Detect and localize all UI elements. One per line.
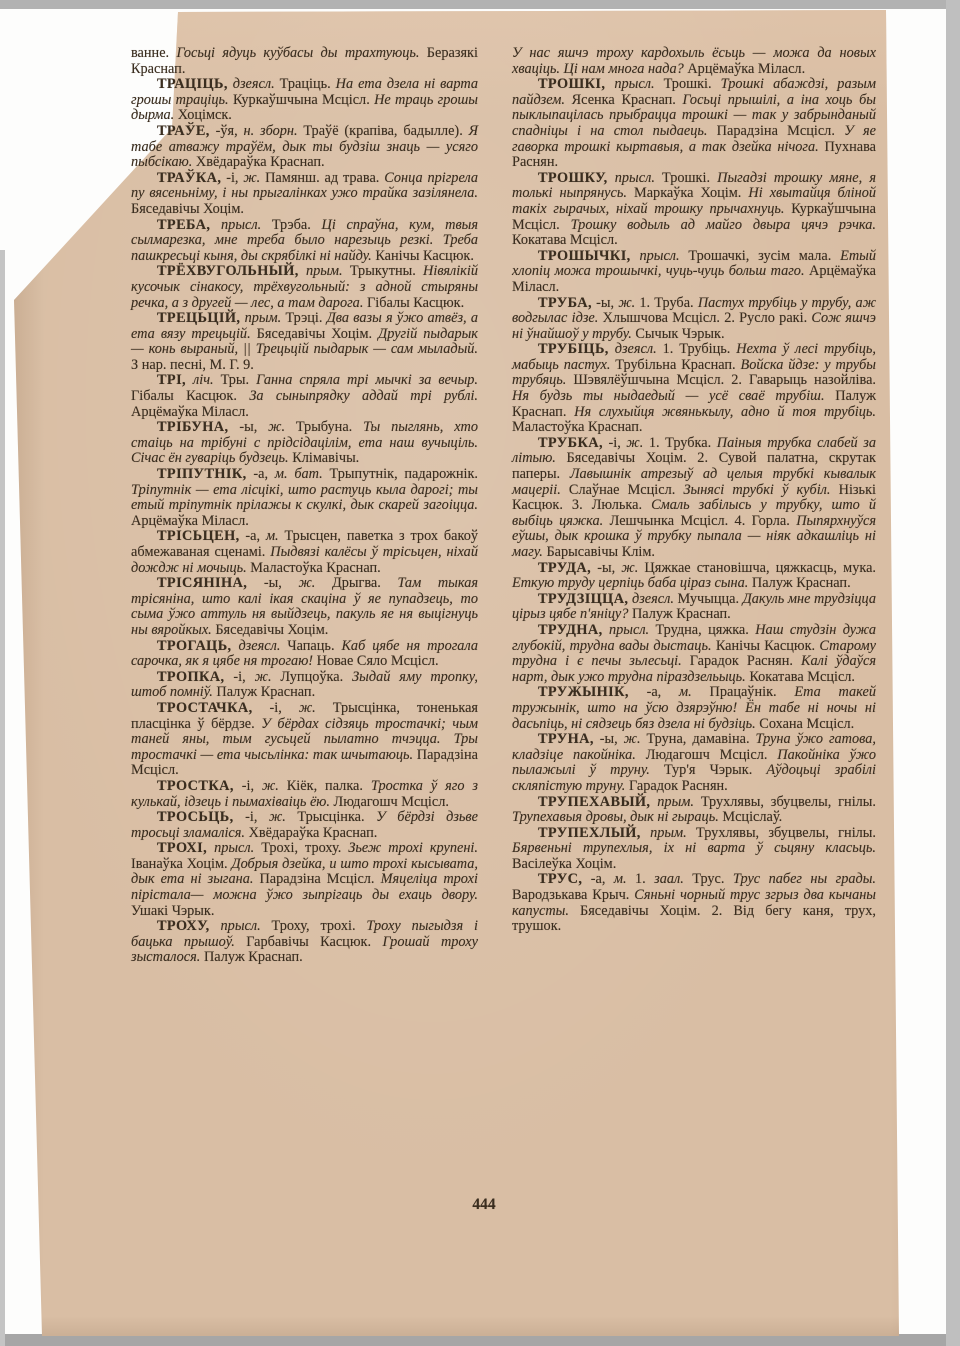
entry-text: -і, [603, 435, 626, 451]
dictionary-entry: ТРЕЦЬЦІЙ, прым. Трэці. Два вазы я ўжо ат… [131, 311, 478, 373]
entry-text: Траўё (крапіва, бадылле). [298, 123, 469, 139]
entry-example-italic: прысл. [603, 622, 650, 638]
entry-text: Людагошч Мсцісл. [330, 794, 449, 810]
entry-text: Канічы Касцюк. [712, 638, 820, 654]
entry-text: Арцёмаўка Міласл. [131, 513, 249, 529]
entry-example-italic: м. [266, 528, 279, 544]
entry-example-italic: ж. [621, 560, 638, 576]
entry-text: Чапаць. [280, 638, 341, 654]
entry-text: Парадзіна Мсцісл. [707, 123, 844, 139]
entry-text: Тры. [214, 372, 257, 388]
entry-text: Кокатава Мсцісл. [512, 232, 618, 248]
entry-text: -і, [234, 809, 269, 825]
entry-example-italic: прым. [240, 310, 281, 326]
entry-example-italic: Бярвеньні трупехлыя, іх ні варта ў сьцян… [512, 840, 876, 856]
entry-text: Працаўнік. [692, 684, 795, 700]
entry-text: Лупцоўка. [272, 669, 353, 685]
entry-text: Трухлявы, збуцвелы, гнілы. [687, 825, 876, 841]
entry-text: Канічы Касцюк. [372, 248, 474, 264]
entry-text: Бяседавічы Хоцім. [251, 326, 378, 342]
dictionary-entry: ТРУЖЫНІК, -а, м. Працаўнік. Ета такей тр… [512, 685, 876, 732]
scanner-frame-right [946, 0, 960, 1346]
entry-example-italic: прысл. [210, 918, 261, 934]
dictionary-entry: ТРУДА, -ы, ж. Цяжкае становішча, цяжкасц… [512, 561, 876, 592]
entry-example-italic: ж. [299, 700, 316, 716]
entry-text: Трус. [684, 871, 733, 887]
entry-example-italic: прысл. [207, 840, 254, 856]
entry-text: Барысавічы Клім. [543, 544, 655, 560]
entry-example-italic: прым. [650, 794, 694, 810]
entry-headword: ТРОШКІ, [538, 76, 605, 92]
entry-text: Гарбавічы Касцюк. [235, 934, 383, 950]
entry-headword: ТРЕЦЬЦІЙ, [157, 310, 240, 326]
entry-text: Палуж Краснап. [213, 684, 315, 700]
entry-text: Кокатава Мсцісл. [746, 669, 855, 685]
entry-example-italic: прысл. [608, 170, 655, 186]
entry-text: -і, [234, 778, 262, 794]
entry-example-italic: ж. [269, 809, 286, 825]
entry-text: Трухлявы, збуцвелы, гнілы. [694, 794, 876, 810]
entry-headword: ТРУДА, [538, 560, 591, 576]
entry-headword: ТРЕБА, [157, 217, 210, 233]
dictionary-entry: ТРІСЯНІНА, -ы, ж. Дрыгва. Там тыкая тріс… [131, 576, 478, 638]
entry-text: Хлышчова Мсцісл. 2. Русло ракі. [598, 310, 811, 326]
entry-text: Хоцімск. [174, 107, 232, 123]
entry-example-italic: Трус пабег ны грады. [733, 871, 876, 887]
entry-text: Гібалы Касцюк. [131, 388, 249, 404]
dictionary-entry: ТРУДНА, прысл. Трудна, цяжка. Наш студзі… [512, 623, 876, 685]
entry-example-italic: ж. [298, 575, 315, 591]
entry-headword: ТРІСЬЦЕН, [157, 528, 240, 544]
entry-headword: ТРОШКУ, [538, 170, 608, 186]
entry-text: Трыбуна. [285, 419, 363, 435]
entry-text: Трысцінка. [286, 809, 376, 825]
entry-text: -і, [225, 669, 255, 685]
entry-text: -ўя, [210, 123, 244, 139]
text-column-left: ванне. Госьці ядуць куўбасы ды трахтуюць… [131, 46, 478, 966]
entry-example-italic: Зынясі трубкі ў кубіл. [683, 482, 830, 498]
scanner-frame-top [0, 0, 960, 9]
entry-headword: ТРУЖЫНІК, [538, 684, 629, 700]
dictionary-entry: У нас яшчэ троху кардохыль ёсьць — можа … [512, 46, 876, 77]
entry-text: Трыкутны. [343, 263, 423, 279]
entry-headword: ТРОГАЦЬ, [157, 638, 232, 654]
entry-text: 1. Труба. [635, 295, 698, 311]
entry-text: 1. Трубка. [643, 435, 717, 451]
entry-text: Трыпутнік, падарожнік. [323, 466, 478, 482]
entry-text: Гібалы Касцюк. [363, 295, 464, 311]
dictionary-entry: ТРОГАЦЬ, дзеясл. Чапаць. Каб цябе ня тро… [131, 639, 478, 670]
entry-example-italic: прым. [641, 825, 687, 841]
entry-headword: ТРАЦІЦЬ, [157, 76, 228, 92]
dictionary-entry: ТРУБКА, -і, ж. 1. Трубка. Паіныя трубка … [512, 436, 876, 561]
entry-text: -а, [582, 871, 614, 887]
entry-headword: ТРОСТАЧКА, [157, 700, 253, 716]
entry-text: 1. [627, 871, 655, 887]
entry-example-italic: дзеясл. [232, 638, 281, 654]
entry-text: Гарадок Раснян. [625, 778, 727, 794]
entry-text: -ы, [229, 419, 269, 435]
entry-text: -і, [221, 170, 243, 186]
entry-example-italic: Госьці ядуць куўбасы ды трахтуюць. [177, 45, 420, 61]
entry-headword: ТРОХУ, [157, 918, 210, 934]
dictionary-entry: ТРУС, -а, м. 1. заал. Трус. Трус пабег н… [512, 872, 876, 934]
text-column-right: У нас яшчэ троху кардохыль ёсьць — можа … [512, 46, 876, 935]
entry-text: Трудна, цяжка. [649, 622, 755, 638]
entry-headword: ТРУНА, [538, 731, 594, 747]
entry-text: Трэці. [281, 310, 326, 326]
entry-headword: ТРОСТКА, [157, 778, 234, 794]
entry-text: Труна, дамавіна. [641, 731, 756, 747]
entry-text: Куркаўшчына Мсцісл. [229, 92, 374, 108]
dictionary-entry: ТРОСЬЦЬ, -і, ж. Трысцінка. У бёрдзі дзьв… [131, 810, 478, 841]
dictionary-entry: ТРОШКУ, прысл. Трошкі. Пыгадзі трошку мя… [512, 171, 876, 249]
entry-text: Бяседавічы Хоцім. [131, 201, 244, 217]
entry-headword: ТРУПЕХАВЫЙ, [538, 794, 650, 810]
entry-example-italic: прым. [299, 263, 343, 279]
entry-text: -а, [247, 466, 275, 482]
entry-text: Тур'я Чэрык. [650, 762, 767, 778]
dictionary-entry: ТРАЎКА, -і, ж. Памянш. ад трава. Сонца п… [131, 171, 478, 218]
entry-example-italic: Трупехавыя дровы, дык ні гыраць. [512, 809, 719, 825]
entry-example-italic: ж. [268, 419, 285, 435]
entry-text: З нар. песні, М. Г. 9. [131, 357, 254, 373]
entry-text: Новае Сяло Мсцісл. [313, 653, 439, 669]
entry-example-italic: м. [614, 871, 627, 887]
entry-example-italic: Ганна спряла трі мычкі за вечыр. [256, 372, 478, 388]
entry-example-italic: Зьеж трохі крупені. [348, 840, 478, 856]
entry-example-italic: м. [679, 684, 692, 700]
entry-text: ванне. [131, 45, 177, 61]
dictionary-entry: ТРОХІ, прысл. Трохі, троху. Зьеж трохі к… [131, 841, 478, 919]
entry-example-italic: За сыныпрядку аддай трі рублі. [249, 388, 478, 404]
scanned-page: { "page": { "number": "444" }, "colors":… [0, 0, 960, 1346]
dictionary-entry: ТРОСТАЧКА, -і, ж. Трысцінка, тоненькая п… [131, 701, 478, 779]
dictionary-entry: ТРАЦІЦЬ, дзеясл. Траціць. На ета дзела н… [131, 77, 478, 124]
entry-example-italic: Еткую труду церпіць баба ціраз сына. [512, 575, 748, 591]
entry-headword: ТРУДЗІЦЦА, [538, 591, 628, 607]
entry-text: Сычык Чэрык. [632, 326, 725, 342]
entry-headword: ТРІПУТНІК, [157, 466, 247, 482]
entry-example-italic: ж. [626, 435, 643, 451]
entry-example-italic: дзеясл. [228, 76, 275, 92]
dictionary-entry: ТРУНА, -ы, ж. Труна, дамавіна. Труна ўжо… [512, 732, 876, 794]
entry-text: Арцёмаўка Міласл. [684, 61, 805, 77]
entry-text: Траціць. [275, 76, 336, 92]
entry-headword: ТРОСЬЦЬ, [157, 809, 234, 825]
entry-headword: ТРОХІ, [157, 840, 207, 856]
dictionary-entry: ТРУБІЦЬ, дзеясл. 1. Трубіць. Нехта ў лес… [512, 342, 876, 436]
entry-text: Сохана Мсцісл. [756, 716, 855, 732]
entry-text: Парадзіна Мсцісл. [253, 871, 380, 887]
entry-example-italic: ж. [262, 778, 279, 794]
entry-text: Троху, трохі. [261, 918, 367, 934]
entry-text: Дрыгва. [315, 575, 397, 591]
entry-headword: ТРУБКА, [538, 435, 603, 451]
entry-headword: ТРІБУНА, [157, 419, 229, 435]
entry-headword: ТРУС, [538, 871, 582, 887]
dictionary-entry: ТРОХУ, прысл. Троху, трохі. Троху пыгыдз… [131, 919, 478, 966]
entry-headword: ТРАЎЕ, [157, 123, 210, 139]
entry-text: Трошачкі, зусім мала. [680, 248, 841, 264]
entry-example-italic: Тріпутнік — ета лісцікі, што растуць кыл… [131, 482, 478, 514]
dictionary-entry: ТРІ, ліч. Тры. Ганна спряла трі мычкі за… [131, 373, 478, 420]
dictionary-entry: ТРУДЗІЦЦА, дзеясл. Мучыцца. Дакуль мне т… [512, 592, 876, 623]
entry-text: Іванаўка Хоцім. [131, 856, 232, 872]
entry-example-italic: ж. [618, 295, 635, 311]
entry-text: Палуж Краснап. [748, 575, 850, 591]
entry-example-italic: прысл. [631, 248, 680, 264]
entry-text: Мсціслаў. [719, 809, 782, 825]
entry-text: Маластоўка Краснап. [247, 560, 381, 576]
entry-example-italic: ж. [624, 731, 641, 747]
entry-example-italic: дзеясл. [609, 341, 657, 357]
entry-text: -ы, [592, 295, 618, 311]
scanner-frame-left [0, 250, 5, 1346]
entry-text: Гарадок Раснян. [682, 653, 801, 669]
dictionary-entry: ванне. Госьці ядуць куўбасы ды трахтуюць… [131, 46, 478, 77]
entry-text: Трэба. [261, 217, 321, 233]
entry-text: Слаўнае Мсцісл. [561, 482, 684, 498]
entry-text: Вародзькава Крыч. [512, 887, 634, 903]
entry-text: Трохі, троху. [254, 840, 348, 856]
entry-text: Цяжкае становішча, цяжкасць, мука. [638, 560, 876, 576]
entry-headword: ТРОШЫЧКІ, [538, 248, 631, 264]
entry-text: -а, [240, 528, 266, 544]
entry-text: Ушакі Чэрык. [131, 903, 214, 919]
page-number: 444 [424, 1196, 544, 1214]
entry-text: -а, [629, 684, 679, 700]
entry-text: 1. Трубіць. [657, 341, 737, 357]
dictionary-entry: ТРОШКІ, прысл. Трошкі. Трошкі абаждзі, р… [512, 77, 876, 171]
dictionary-entry: ТРОСТКА, -і, ж. Кіёк, палка. Тростка ў я… [131, 779, 478, 810]
entry-headword: ТРУБА, [538, 295, 592, 311]
entry-text: Хвёдараўка Краснап. [245, 825, 377, 841]
dictionary-entry: ТРОШЫЧКІ, прысл. Трошачкі, зусім мала. Е… [512, 249, 876, 296]
entry-text: Арцёмаўка Міласл. [131, 404, 249, 420]
dictionary-entry: ТРУПЕХЛЫЙ, прым. Трухлявы, збуцвелы, гні… [512, 826, 876, 873]
entry-headword: ТРУПЕХЛЫЙ, [538, 825, 641, 841]
entry-example-italic: ліч. [186, 372, 214, 388]
entry-text: Памянш. ад трава. [260, 170, 384, 186]
entry-text: Трошкі. [655, 76, 721, 92]
entry-text: Васілеўка Хоцім. [512, 856, 616, 872]
entry-text: Кіёк, палка. [279, 778, 371, 794]
entry-example-italic: Ня слухыйця жвянькылу, адно й тоя трубіц… [574, 404, 876, 420]
entry-text: Ясенка Краснап. [565, 92, 683, 108]
dictionary-entry: ТРЕБА, прысл. Трэба. Ці спраўна, кум, тв… [131, 218, 478, 265]
entry-text: Бяседавічы Хоцім. [212, 622, 329, 638]
entry-text: Маластоўка Краснап. [512, 419, 642, 435]
entry-example-italic: заал. [654, 871, 684, 887]
entry-text: -ы, [247, 575, 298, 591]
entry-example-italic: м. бат. [275, 466, 323, 482]
entry-headword: ТРАЎКА, [157, 170, 221, 186]
entry-text: -ы, [591, 560, 621, 576]
entry-text: Шэвялёўшчына Мсцісл. 2. Гаварыць назойлі… [566, 372, 876, 388]
entry-text: -і, [253, 700, 299, 716]
entry-example-italic: ж. [243, 170, 260, 186]
entry-example-italic: дзеясл. [628, 591, 674, 607]
entry-example-italic: н. зборн. [244, 123, 298, 139]
entry-text: Лешчынка Мсцісл. 4. Горла. [603, 513, 796, 529]
entry-example-italic: Ня будзь ты ныдаедый — усё сваё трубіш. [512, 388, 825, 404]
entry-headword: ТРІСЯНІНА, [157, 575, 247, 591]
entry-example-italic: прысл. [210, 217, 261, 233]
dictionary-entry: ТРІПУТНІК, -а, м. бат. Трыпутнік, падаро… [131, 467, 478, 529]
entry-text: Маркаўка Хоцім. [627, 185, 748, 201]
entry-example-italic: прысл. [605, 76, 654, 92]
entry-example-italic: ж. [255, 669, 272, 685]
dictionary-entry: ТРУБА, -ы, ж. 1. Труба. Пастух трубіць у… [512, 296, 876, 343]
entry-text: Мучыцца. [674, 591, 743, 607]
entry-text: Палуж Краснап. [200, 949, 302, 965]
entry-headword: ТРЁХВУГОЛЬНЫЙ, [157, 263, 299, 279]
entry-text: Хвёдараўка Краснап. [192, 154, 324, 170]
dictionary-entry: ТРУПЕХАВЫЙ, прым. Трухлявы, збуцвелы, гн… [512, 795, 876, 826]
entry-text: Трошкі. [655, 170, 717, 186]
entry-text: Людагошч Мсцісл. [636, 747, 777, 763]
entry-headword: ТРУБІЦЬ, [538, 341, 609, 357]
dictionary-entry: ТРОПКА, -і, ж. Лупцоўка. Зыдай яму тропк… [131, 670, 478, 701]
entry-text: -ы, [594, 731, 624, 747]
dictionary-entry: ТРЁХВУГОЛЬНЫЙ, прым. Трыкутны. Нівялікій… [131, 264, 478, 311]
entry-text: Трубільна Краснап. [610, 357, 740, 373]
dictionary-entry: ТРАЎЕ, -ўя, н. зборн. Траўё (крапіва, ба… [131, 124, 478, 171]
entry-text: Клімавічы. [289, 450, 360, 466]
entry-text: Палуж Краснап. [628, 606, 730, 622]
entry-headword: ТРУДНА, [538, 622, 603, 638]
dictionary-entry: ТРІБУНА, -ы, ж. Трыбуна. Ты пыглянь, хто… [131, 420, 478, 467]
dictionary-entry: ТРІСЬЦЕН, -а, м. Трысцен, паветка з трох… [131, 529, 478, 576]
entry-headword: ТРОПКА, [157, 669, 225, 685]
entry-example-italic: Трошку водыль ад майго двыра цячэ рэчка. [571, 217, 876, 233]
entry-headword: ТРІ, [157, 372, 186, 388]
